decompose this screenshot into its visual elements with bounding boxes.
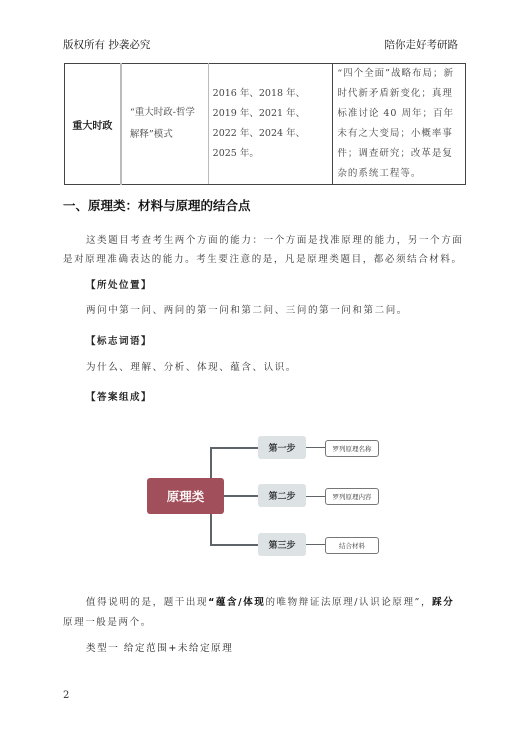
connector bbox=[306, 447, 326, 448]
step-node-2: 第二步 bbox=[258, 484, 306, 507]
connector bbox=[210, 514, 212, 545]
answer-label: 【答案组成】 bbox=[86, 389, 152, 403]
position-label: 【所处位置】 bbox=[86, 277, 152, 291]
cell-mode: “重大时政-哲学解释”模式 bbox=[121, 64, 208, 185]
keywords-text: 为什么、理解、分析、体现、蕴含、认识。 bbox=[86, 359, 297, 373]
connector bbox=[210, 448, 212, 478]
detail-node-1: 罗列原理名称 bbox=[325, 440, 379, 457]
intro-line-2: 是对原理准确表达的能力。考生要注意的是，凡是原理类题目，都必须结合材料。 bbox=[63, 251, 463, 265]
note-line-1: 值得说明的是，题干出现“蕴含/体现的唯物辩证法原理/认识论原理”，踩分 bbox=[86, 594, 454, 608]
note-middle: 的唯物辩证法原理/认识论原理”， bbox=[265, 597, 432, 608]
connector bbox=[210, 447, 258, 449]
note-emphasis: “蕴含/体现 bbox=[208, 597, 265, 608]
cell-topics: “四个全面”战略布局；新时代新矛盾新变化；真理标准讨论 40 周年；百年未有之大… bbox=[333, 64, 466, 185]
detail-node-3: 结合材料 bbox=[325, 537, 379, 554]
connector bbox=[210, 544, 258, 546]
root-node: 原理类 bbox=[147, 478, 224, 514]
note-line-2: 原理一般是两个。 bbox=[63, 614, 152, 628]
note-emphasis-2: 踩分 bbox=[432, 597, 454, 608]
cell-category: 重大时政 bbox=[65, 64, 121, 185]
page-number: 2 bbox=[63, 690, 69, 701]
position-text: 两问中第一问、两问的第一问和第二问、三问的第一问和第二问。 bbox=[86, 302, 408, 316]
cell-years: 2016 年、2018 年、2019 年、2021 年、2022 年、2024 … bbox=[208, 64, 333, 185]
section-title: 一、原理类：材料与原理的结合点 bbox=[63, 196, 251, 214]
connector bbox=[224, 495, 258, 497]
note-prefix: 值得说明的是，题干出现 bbox=[86, 597, 208, 608]
header-copyright: 版权所有 抄袭必究 bbox=[63, 37, 150, 52]
intro-line-1: 这类题目考查考生两个方面的能力：一个方面是找准原理的能力，另一个方面 bbox=[86, 232, 463, 246]
step-node-1: 第一步 bbox=[258, 436, 306, 459]
step-node-3: 第三步 bbox=[258, 533, 306, 556]
type-heading: 类型一 给定范围+未给定原理 bbox=[86, 640, 233, 654]
connector bbox=[306, 544, 326, 545]
connector bbox=[306, 496, 326, 497]
header-slogan: 陪你走好考研路 bbox=[385, 37, 459, 52]
table-row: 重大时政 “重大时政-哲学解释”模式 2016 年、2018 年、2019 年、… bbox=[65, 64, 466, 185]
detail-node-2: 罗列原理内容 bbox=[325, 488, 379, 505]
keywords-label: 【标志词语】 bbox=[86, 333, 152, 347]
topic-table: 重大时政 “重大时政-哲学解释”模式 2016 年、2018 年、2019 年、… bbox=[64, 63, 466, 185]
